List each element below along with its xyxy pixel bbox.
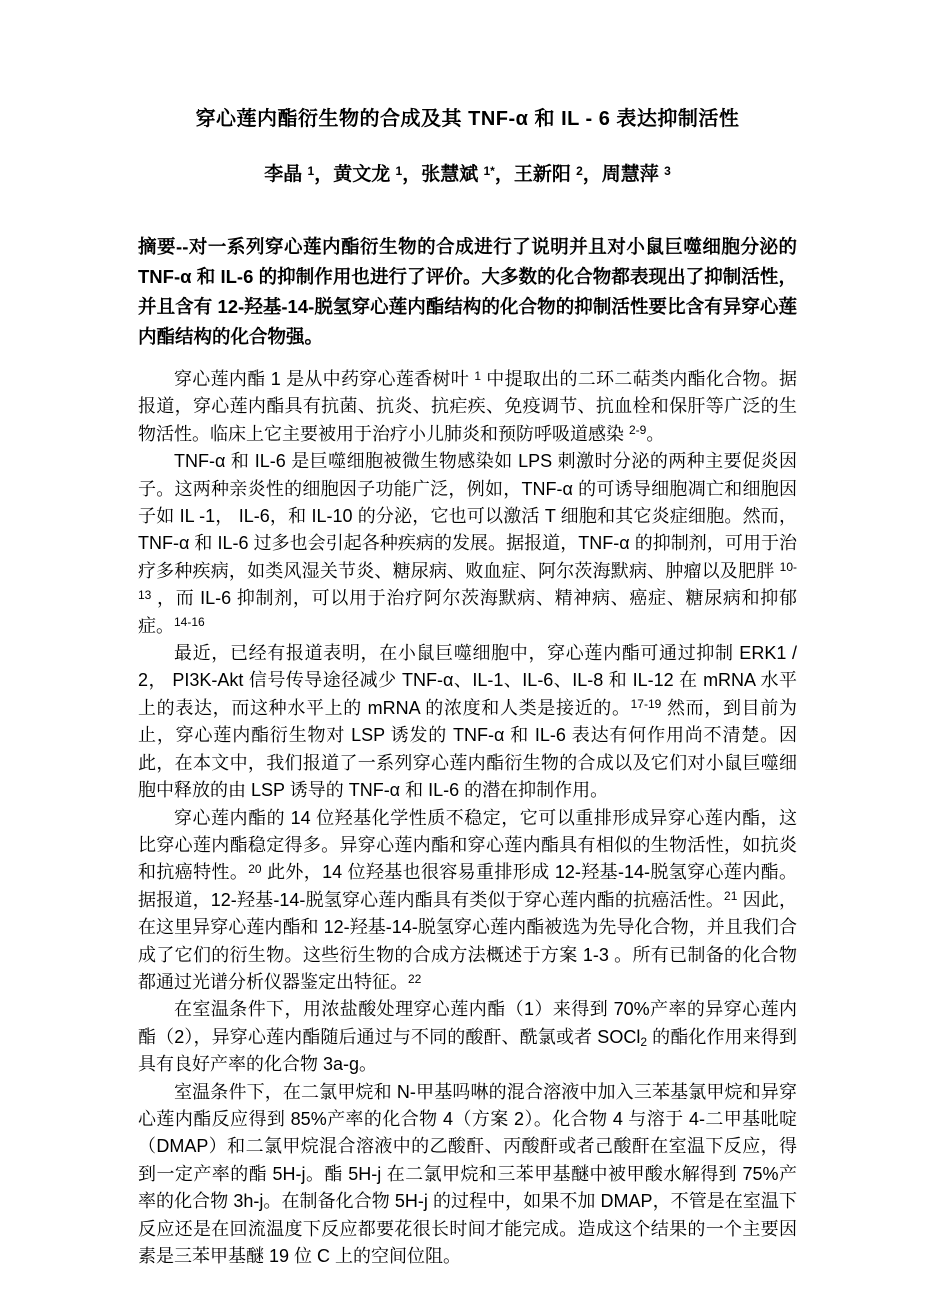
body-paragraph: 在室温条件下，用浓盐酸处理穿心莲内酯（1）来得到 70%产率的异穿心莲内酯（2）…: [138, 996, 797, 1078]
text-run: TNF-α 和 IL-6 是巨噬细胞被微生物感染如 LPS 刺激时分泌的两种主要…: [138, 451, 797, 581]
body-paragraph: 穿心莲内酯 1 是从中药穿心莲香树叶 1 中提取出的二环二萜类内酯化合物。据报道…: [138, 366, 797, 448]
superscript-reference: 1: [396, 164, 403, 178]
superscript-reference: 22: [408, 972, 421, 986]
text-run: 摘要--对一系列穿心莲内酯衍生物的合成进行了说明并且对小鼠巨噬细胞分泌的 TNF…: [138, 236, 797, 347]
text-run: ，黄文龙: [314, 164, 395, 185]
text-run: ，周慧萍: [583, 164, 664, 185]
superscript-reference: 14-16: [174, 615, 205, 629]
superscript-reference: 21: [724, 889, 737, 903]
text-run: ，王新阳: [495, 164, 576, 185]
body-paragraphs: 穿心莲内酯 1 是从中药穿心莲香树叶 1 中提取出的二环二萜类内酯化合物。据报道…: [138, 366, 797, 1270]
body-paragraph: TNF-α 和 IL-6 是巨噬细胞被微生物感染如 LPS 刺激时分泌的两种主要…: [138, 448, 797, 640]
text-run: 。: [646, 424, 664, 444]
superscript-reference: 2-9: [629, 423, 646, 437]
body-paragraph: 室温条件下，在二氯甲烷和 N-甲基吗啉的混合溶液中加入三苯基氯甲烷和异穿心莲内酯…: [138, 1079, 797, 1271]
superscript-reference: 1*: [483, 164, 494, 178]
superscript-reference: 17-19: [631, 697, 662, 711]
abstract-paragraph: 摘要--对一系列穿心莲内酯衍生物的合成进行了说明并且对小鼠巨噬细胞分泌的 TNF…: [138, 232, 797, 352]
superscript-reference: 1: [474, 369, 481, 383]
superscript-reference: 20: [248, 862, 261, 876]
superscript-reference: 1: [308, 164, 315, 178]
text-run: 穿心莲内酯 1 是从中药穿心莲香树叶: [174, 369, 474, 389]
paper-title: 穿心莲内酯衍生物的合成及其 TNF-α 和 IL - 6 表达抑制活性: [138, 106, 797, 132]
text-run: 室温条件下，在二氯甲烷和 N-甲基吗啉的混合溶液中加入三苯基氯甲烷和异穿心莲内酯…: [138, 1082, 797, 1266]
document-page: 穿心莲内酯衍生物的合成及其 TNF-α 和 IL - 6 表达抑制活性 李晶 1…: [0, 0, 925, 1309]
text-run: ，而 IL-6 抑制剂，可以用于治疗阿尔茨海默病、精神病、癌症、糖尿病和抑郁症。: [138, 588, 797, 635]
body-paragraph: 穿心莲内酯的 14 位羟基化学性质不稳定，它可以重排形成异穿心莲内酯，这比穿心莲…: [138, 805, 797, 997]
authors-line: 李晶 1，黄文龙 1，张慧斌 1*，王新阳 2，周慧萍 3: [138, 162, 797, 188]
body-paragraph: 最近，已经有报道表明，在小鼠巨噬细胞中，穿心莲内酯可通过抑制 ERK1 / 2，…: [138, 640, 797, 804]
superscript-reference: 2: [576, 164, 583, 178]
text-run: ，张慧斌: [402, 164, 483, 185]
superscript-reference: 3: [664, 164, 671, 178]
subscript: 2: [640, 1035, 647, 1049]
text-run: 李晶: [264, 164, 307, 185]
